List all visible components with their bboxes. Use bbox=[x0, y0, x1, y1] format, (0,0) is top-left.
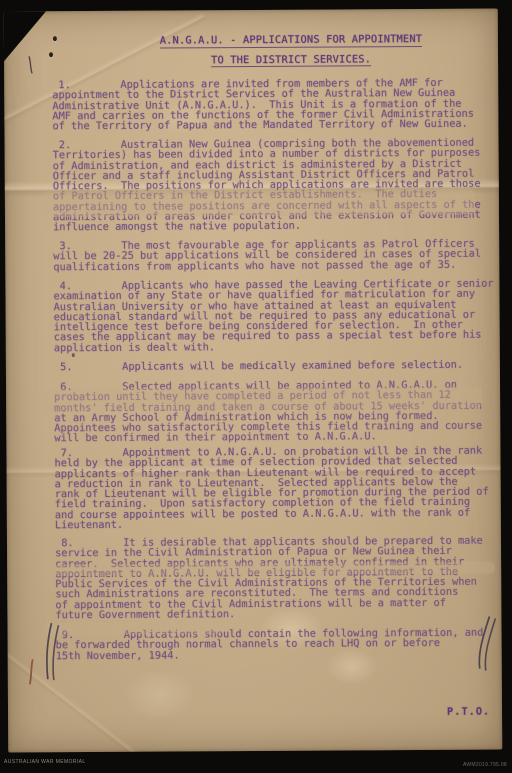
paragraph-2: 2. Australian New Guinea (comprising bot… bbox=[53, 138, 481, 233]
document-title: A.N.G.A.U. - APPLICATIONS FOR APPOINTMEN… bbox=[84, 26, 498, 68]
staple-hole bbox=[49, 52, 53, 57]
paragraph-8: 8. It is desirable that applicants shoul… bbox=[55, 536, 483, 621]
document-title-line2: TO THE DISTRICT SERVICES. bbox=[211, 53, 371, 67]
paper-stain bbox=[124, 668, 196, 720]
paragraph-5: 5. Applicants will be medically examined… bbox=[54, 360, 463, 373]
staple-hole bbox=[53, 36, 57, 41]
archive-source-label: AUSTRALIAN WAR MEMORIAL bbox=[4, 759, 86, 765]
archive-id-label: AWM2019.795.08 bbox=[463, 762, 507, 768]
paragraph-7: 7. Appointment to A.N.G.A.U. on probatio… bbox=[54, 446, 488, 531]
document-page: A.N.G.A.U. - APPLICATIONS FOR APPOINTMEN… bbox=[4, 8, 503, 752]
document-title-line1: A.N.G.A.U. - APPLICATIONS FOR APPOINTMEN… bbox=[160, 33, 422, 48]
paper-crease bbox=[4, 648, 139, 752]
pen-mark-red bbox=[26, 657, 40, 687]
scan-corner-shadow bbox=[4, 9, 48, 63]
paragraph-6: 6. Selected applicants will be appointed… bbox=[54, 380, 482, 444]
pto-label: P.T.O. bbox=[447, 707, 490, 718]
paragraph-1: 1. Applications are invited from members… bbox=[52, 78, 474, 132]
paragraph-4: 4. Applicants who have passed the Leavin… bbox=[53, 279, 494, 354]
pen-mark-top-left bbox=[26, 55, 36, 75]
paragraph-9: 9. Applications should contain the follo… bbox=[56, 628, 484, 662]
scanned-document-frame: A.N.G.A.U. - APPLICATIONS FOR APPOINTMEN… bbox=[0, 0, 512, 773]
paragraph-3: 3. The most favourable age for applicant… bbox=[53, 239, 481, 273]
